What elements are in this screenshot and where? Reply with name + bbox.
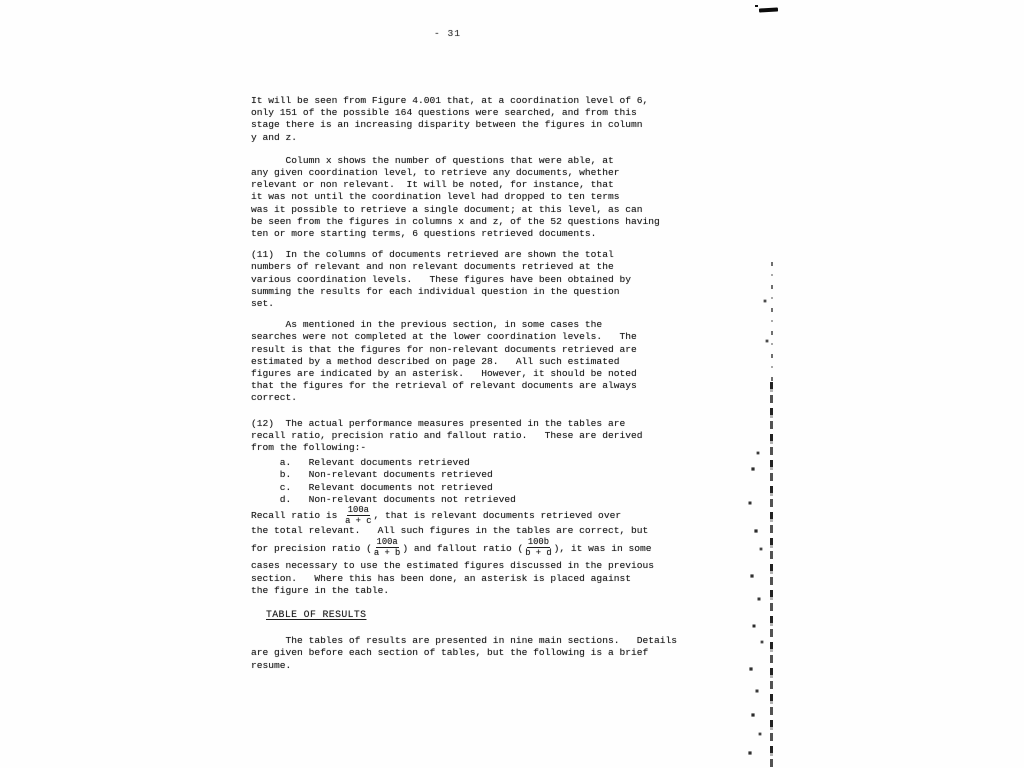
scan-streak-artifact-upper xyxy=(771,262,773,382)
fallout-fraction-numerator: 100b xyxy=(527,538,550,549)
document-body: It will be seen from Figure 4.001 that, … xyxy=(251,95,681,672)
fallout-ratio-fraction: 100b b + d xyxy=(525,538,551,558)
scan-smudge-dot xyxy=(755,5,758,7)
precision-ratio-prefix: for precision ratio ( xyxy=(251,543,372,555)
fallout-ratio-suffix: ), it was in some xyxy=(554,543,652,555)
between-ratios-text: ) and fallout ratio ( xyxy=(402,543,523,555)
fallout-fraction-denominator: b + d xyxy=(525,548,551,558)
paragraph-estimated-cases: cases necessary to use the estimated fig… xyxy=(251,560,681,597)
recall-ratio-suffix: , that is relevant documents retrieved o… xyxy=(374,510,622,522)
scan-noise-dots xyxy=(0,0,2,2)
section-heading-table-of-results: TABLE OF RESULTS xyxy=(266,609,681,621)
recall-ratio-fraction: 100a a + c xyxy=(345,506,371,526)
paragraph-column-x: Column x shows the number of questions t… xyxy=(251,155,681,240)
recall-ratio-line: Recall ratio is 100a a + c , that is rel… xyxy=(251,508,681,525)
paragraph-closing: The tables of results are presented in n… xyxy=(251,635,681,672)
precision-fraction-numerator: 100a xyxy=(376,538,399,549)
definitions-list: a. Relevant documents retrieved b. Non-r… xyxy=(251,457,681,506)
scan-streak-artifact-lower xyxy=(770,382,773,768)
precision-ratio-fraction: 100a a + b xyxy=(374,538,400,558)
page-number: - 31 xyxy=(434,28,461,39)
paragraph-item-12: (12) The actual performance measures pre… xyxy=(251,418,681,455)
paragraph-intro: It will be seen from Figure 4.001 that, … xyxy=(251,95,681,144)
recall-fraction-numerator: 100a xyxy=(347,506,370,517)
paragraph-as-mentioned: As mentioned in the previous section, in… xyxy=(251,319,681,404)
precision-fraction-denominator: a + b xyxy=(374,548,400,558)
line-figures-correct: the total relevant. All such figures in … xyxy=(251,525,681,537)
precision-fallout-line: for precision ratio ( 100a a + b ) and f… xyxy=(251,539,681,558)
paragraph-item-11: (11) In the columns of documents retriev… xyxy=(251,249,681,310)
scanned-document-page: - 31 It will be seen from Figure 4.001 t… xyxy=(0,0,1024,768)
scan-smudge-artifact xyxy=(759,8,778,13)
recall-ratio-prefix: Recall ratio is xyxy=(251,510,343,522)
